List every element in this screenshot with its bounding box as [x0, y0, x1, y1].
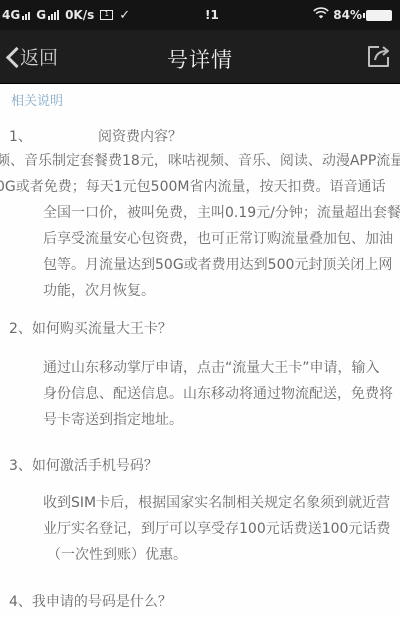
battery-icon	[366, 10, 392, 21]
section-label: 相关说明	[11, 90, 63, 109]
content-area[interactable]: 相关说明 1、 阅资费内容？ 频、音乐制定套餐费18元，咪咕视频、音乐、阅读、动…	[0, 85, 400, 618]
answer-line: 频、音乐制定套餐费18元，咪咕视频、音乐、阅读、动漫APP流量	[0, 148, 400, 174]
signal-icon	[22, 10, 30, 20]
answer-1-wide: 频、音乐制定套餐费18元，咪咕视频、音乐、阅读、动漫APP流量 0G或者免费；每…	[0, 148, 400, 200]
network-g-label: G	[36, 8, 46, 22]
battery-percent: 84%	[333, 8, 362, 22]
answer-line: 全国一口价，被叫免费，主叫0.19元/分钟；流量超出套餐	[43, 200, 400, 226]
answer-line: 0G或者免费；每天1元包500M省内流量，按天扣费。语音通话	[0, 174, 400, 200]
network-speed: 0K/s	[65, 8, 94, 22]
answer-line: 功能，次月恢复。	[43, 278, 400, 304]
answer-line: 业厅实名登记，到厅可以享受存100元话费送100元话费	[43, 516, 390, 542]
answer-line: 收到SIM卡后，根据国家实名制相关规定名象须到就近营	[43, 490, 390, 516]
answer-3: 收到SIM卡后，根据国家实名制相关规定名象须到就近营 业厅实名登记，到厅可以享受…	[43, 490, 390, 568]
sim-icon: 1	[100, 10, 113, 20]
question-3-title: 3、如何激活手机号码？	[9, 455, 158, 475]
wifi-icon	[313, 7, 329, 23]
network-g: G	[36, 8, 59, 22]
network-4g: 4G	[2, 8, 30, 22]
page-title: 号详情	[0, 44, 400, 74]
question-1-title: 阅资费内容？	[98, 126, 182, 146]
answer-line: 通过山东移动掌厅申请，点击“流量大王卡”申请，输入	[43, 355, 393, 381]
title-bar: 返回 号详情	[0, 30, 400, 84]
answer-line: （一次性到账）优惠。	[43, 542, 390, 568]
question-4-title: 4、我申请的号码是什么？	[9, 591, 172, 611]
network-4g-label: 4G	[2, 8, 20, 22]
status-bar: 4G G 0K/s 1 ✓ !1 84%	[0, 0, 400, 30]
share-icon	[366, 43, 392, 69]
notification-check-icon: ✓	[119, 8, 130, 23]
answer-1: 全国一口价，被叫免费，主叫0.19元/分钟；流量超出套餐 后享受流量安心包资费，…	[43, 200, 400, 304]
answer-line: 号卡寄送到指定地址。	[43, 407, 393, 433]
answer-2: 通过山东移动掌厅申请，点击“流量大王卡”申请，输入 身份信息、配送信息。山东移动…	[43, 355, 393, 433]
share-button[interactable]	[366, 43, 392, 69]
answer-line: 身份信息、配送信息。山东移动将通过物流配送，免费将	[43, 381, 393, 407]
answer-line: 后享受流量安心包资费，也可正常订购流量叠加包、加油	[43, 226, 400, 252]
question-1-number: 1、	[9, 126, 32, 146]
status-mid-text: !1	[205, 8, 219, 22]
signal-icon	[48, 10, 59, 20]
question-2-title: 2、如何购买流量大王卡？	[9, 318, 172, 338]
answer-line: 包等。月流量达到50G或者费用达到500元封顶关闭上网	[43, 252, 400, 278]
